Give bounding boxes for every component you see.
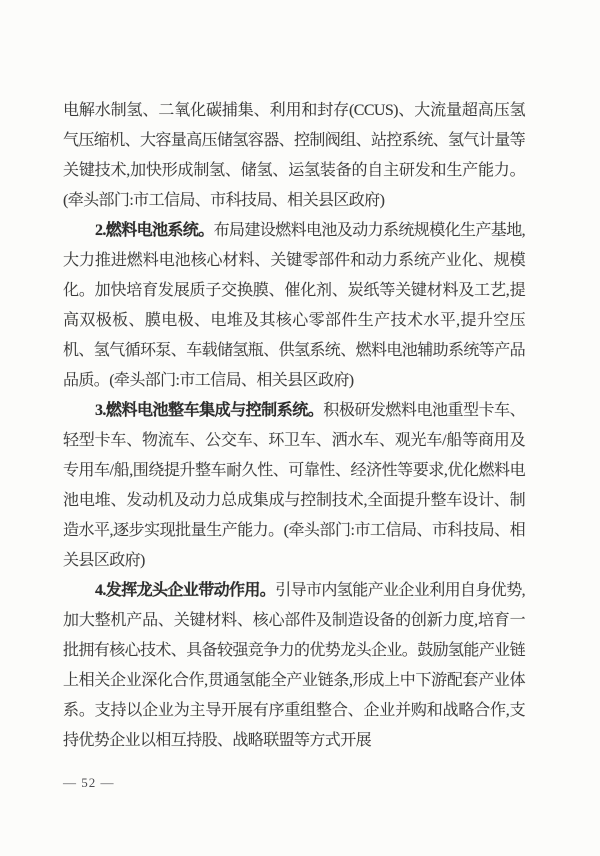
page-number: — 52 — [63,775,115,791]
scanned-document-page: 电解水制氢、二氧化碳捕集、利用和封存(CCUS)、大流量超高压氢气压缩机、大容量… [0,0,600,856]
document-body: 电解水制氢、二氧化碳捕集、利用和封存(CCUS)、大流量超高压氢气压缩机、大容量… [63,96,525,756]
paragraph: 3.燃料电池整车集成与控制系统。积极研发燃料电池重型卡车、轻型卡车、物流车、公交… [63,396,525,576]
body-text: 积极研发燃料电池重型卡车、轻型卡车、物流车、公交车、环卫车、洒水车、观光车/船等… [63,402,525,569]
body-text: 布局建设燃料电池及动力系统规模化生产基地,大力推进燃料电池核心材料、关键零部件和… [63,222,525,389]
paragraph: 2.燃料电池系统。布局建设燃料电池及动力系统规模化生产基地,大力推进燃料电池核心… [63,216,525,396]
body-text: 电解水制氢、二氧化碳捕集、利用和封存(CCUS)、大流量超高压氢气压缩机、大容量… [63,102,525,209]
paragraph: 4.发挥龙头企业带动作用。引导市内氢能产业企业利用自身优势,加大整机产品、关键材… [63,576,525,756]
paragraph: 电解水制氢、二氧化碳捕集、利用和封存(CCUS)、大流量超高压氢气压缩机、大容量… [63,96,525,216]
section-heading: 2.燃料电池系统。 [95,222,214,239]
section-heading: 3.燃料电池整车集成与控制系统。 [95,402,323,419]
body-text: 引导市内氢能产业企业利用自身优势,加大整机产品、关键材料、核心部件及制造设备的创… [63,582,525,749]
section-heading: 4.发挥龙头企业带动作用。 [95,582,275,599]
